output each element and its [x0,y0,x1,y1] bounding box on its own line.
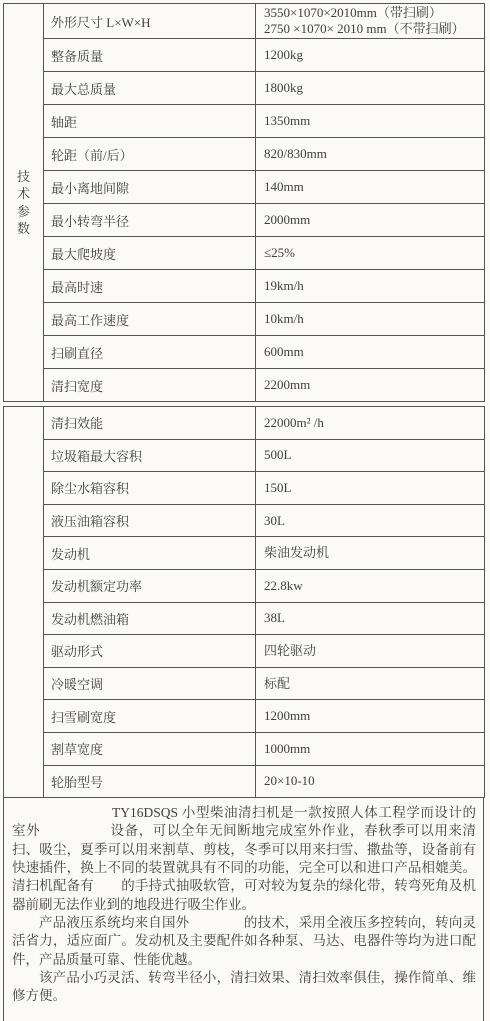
table-row: 扫雪刷宽度 1200mm [4,700,485,733]
spec-label: 发动机额定功率 [44,569,256,602]
spec-label: 除尘水箱容积 [44,472,256,505]
spec-value: 1000mm [256,732,485,765]
spec-value: 3550×1070×2010mm（带扫刷） 2750 ×1070× 2010 m… [256,4,485,39]
spec-value: 1350mm [256,105,485,138]
group-label-cell-empty [4,407,44,798]
table-row: 技术参数 外形尺寸 L×W×H 3550×1070×2010mm（带扫刷） 27… [4,4,485,39]
spec-label: 驱动形式 [44,635,256,668]
spec-value: 820/830mm [256,138,485,171]
description-paragraph: TY16DSQS 小型柴油清扫机是一款按照人体工程学而设计的室外 设备，可以全年… [12,804,476,914]
spec-value: 38L [256,602,485,635]
spec-label: 扫雪刷宽度 [44,700,256,733]
spec-value: 140mm [256,171,485,204]
spec-value: 500L [256,439,485,472]
spec-label: 外形尺寸 L×W×H [44,4,256,39]
table-row: 除尘水箱容积 150L [4,472,485,505]
spec-value: 22.8kw [256,569,485,602]
spec-label: 冷暖空调 [44,667,256,700]
table-row: 最高时速 19km/h [4,270,485,303]
spec-value: 600mm [256,336,485,369]
spec-label: 最小离地间隙 [44,171,256,204]
spec-value: 四轮驱动 [256,635,485,668]
group-label-technical-parameters: 技术参数 [17,168,31,238]
spec-label: 最小转弯半径 [44,204,256,237]
spec-value: 22000m² /h [256,407,485,440]
table-row: 轮距（前/后） 820/830mm [4,138,485,171]
spec-value: 标配 [256,667,485,700]
spec-label: 液压油箱容积 [44,504,256,537]
table-row: 整备质量 1200kg [4,39,485,72]
spec-value: 1200mm [256,700,485,733]
spec-label: 最高时速 [44,270,256,303]
table-row: 轴距 1350mm [4,105,485,138]
table-row: 液压油箱容积 30L [4,504,485,537]
table-row: 最大爬坡度 ≤25% [4,237,485,270]
spec-value: 2000mm [256,204,485,237]
table-row: 最高工作速度 10km/h [4,303,485,336]
table-row: 清扫宽度 2200mm [4,369,485,402]
product-description: TY16DSQS 小型柴油清扫机是一款按照人体工程学而设计的室外 设备，可以全年… [3,798,484,1021]
spec-label: 轮距（前/后） [44,138,256,171]
spec-label: 割草宽度 [44,732,256,765]
table-row: 轮胎型号 20×10-10 [4,765,485,798]
spec-value: 19km/h [256,270,485,303]
table-row: 发动机 柴油发动机 [4,537,485,570]
spec-label: 垃圾箱最大容积 [44,439,256,472]
description-paragraph: 该产品小巧灵活、转弯半径小，清扫效果、清扫效率俱佳，操作简单、维修方便。 [12,969,476,1006]
spec-value: 柴油发动机 [256,537,485,570]
spec-label: 发动机燃油箱 [44,602,256,635]
table-row: 最大总质量 1800kg [4,72,485,105]
spec-label: 最大爬坡度 [44,237,256,270]
description-paragraph: 产品液压系统均来自国外 的技术，采用全液压多控转向，转向灵活省力，适应面广。发动… [12,914,476,969]
spec-value: 2200mm [256,369,485,402]
spec-value: ≤25% [256,237,485,270]
spec-value: 20×10-10 [256,765,485,798]
spec-table-section-2: 清扫效能 22000m² /h 垃圾箱最大容积 500L 除尘水箱容积 150L… [3,406,485,798]
table-row: 最小离地间隙 140mm [4,171,485,204]
table-row: 割草宽度 1000mm [4,732,485,765]
spec-label: 最大总质量 [44,72,256,105]
spec-value: 10km/h [256,303,485,336]
spec-value: 1200kg [256,39,485,72]
table-row: 驱动形式 四轮驱动 [4,635,485,668]
table-row: 发动机燃油箱 38L [4,602,485,635]
group-label-cell: 技术参数 [4,4,44,402]
spec-label: 清扫宽度 [44,369,256,402]
table-row: 垃圾箱最大容积 500L [4,439,485,472]
table-row: 发动机额定功率 22.8kw [4,569,485,602]
spec-label: 清扫效能 [44,407,256,440]
table-row: 清扫效能 22000m² /h [4,407,485,440]
table-row: 最小转弯半径 2000mm [4,204,485,237]
table-row: 扫刷直径 600mm [4,336,485,369]
spec-label: 轮胎型号 [44,765,256,798]
spec-value: 1800kg [256,72,485,105]
spec-table-section-1: 技术参数 外形尺寸 L×W×H 3550×1070×2010mm（带扫刷） 27… [3,3,485,402]
spec-label: 轴距 [44,105,256,138]
spec-value: 30L [256,504,485,537]
spec-value: 150L [256,472,485,505]
spec-label: 整备质量 [44,39,256,72]
document-page: 技术参数 外形尺寸 L×W×H 3550×1070×2010mm（带扫刷） 27… [0,0,490,1021]
spec-label: 最高工作速度 [44,303,256,336]
spec-label: 发动机 [44,537,256,570]
spec-label: 扫刷直径 [44,336,256,369]
table-row: 冷暖空调 标配 [4,667,485,700]
